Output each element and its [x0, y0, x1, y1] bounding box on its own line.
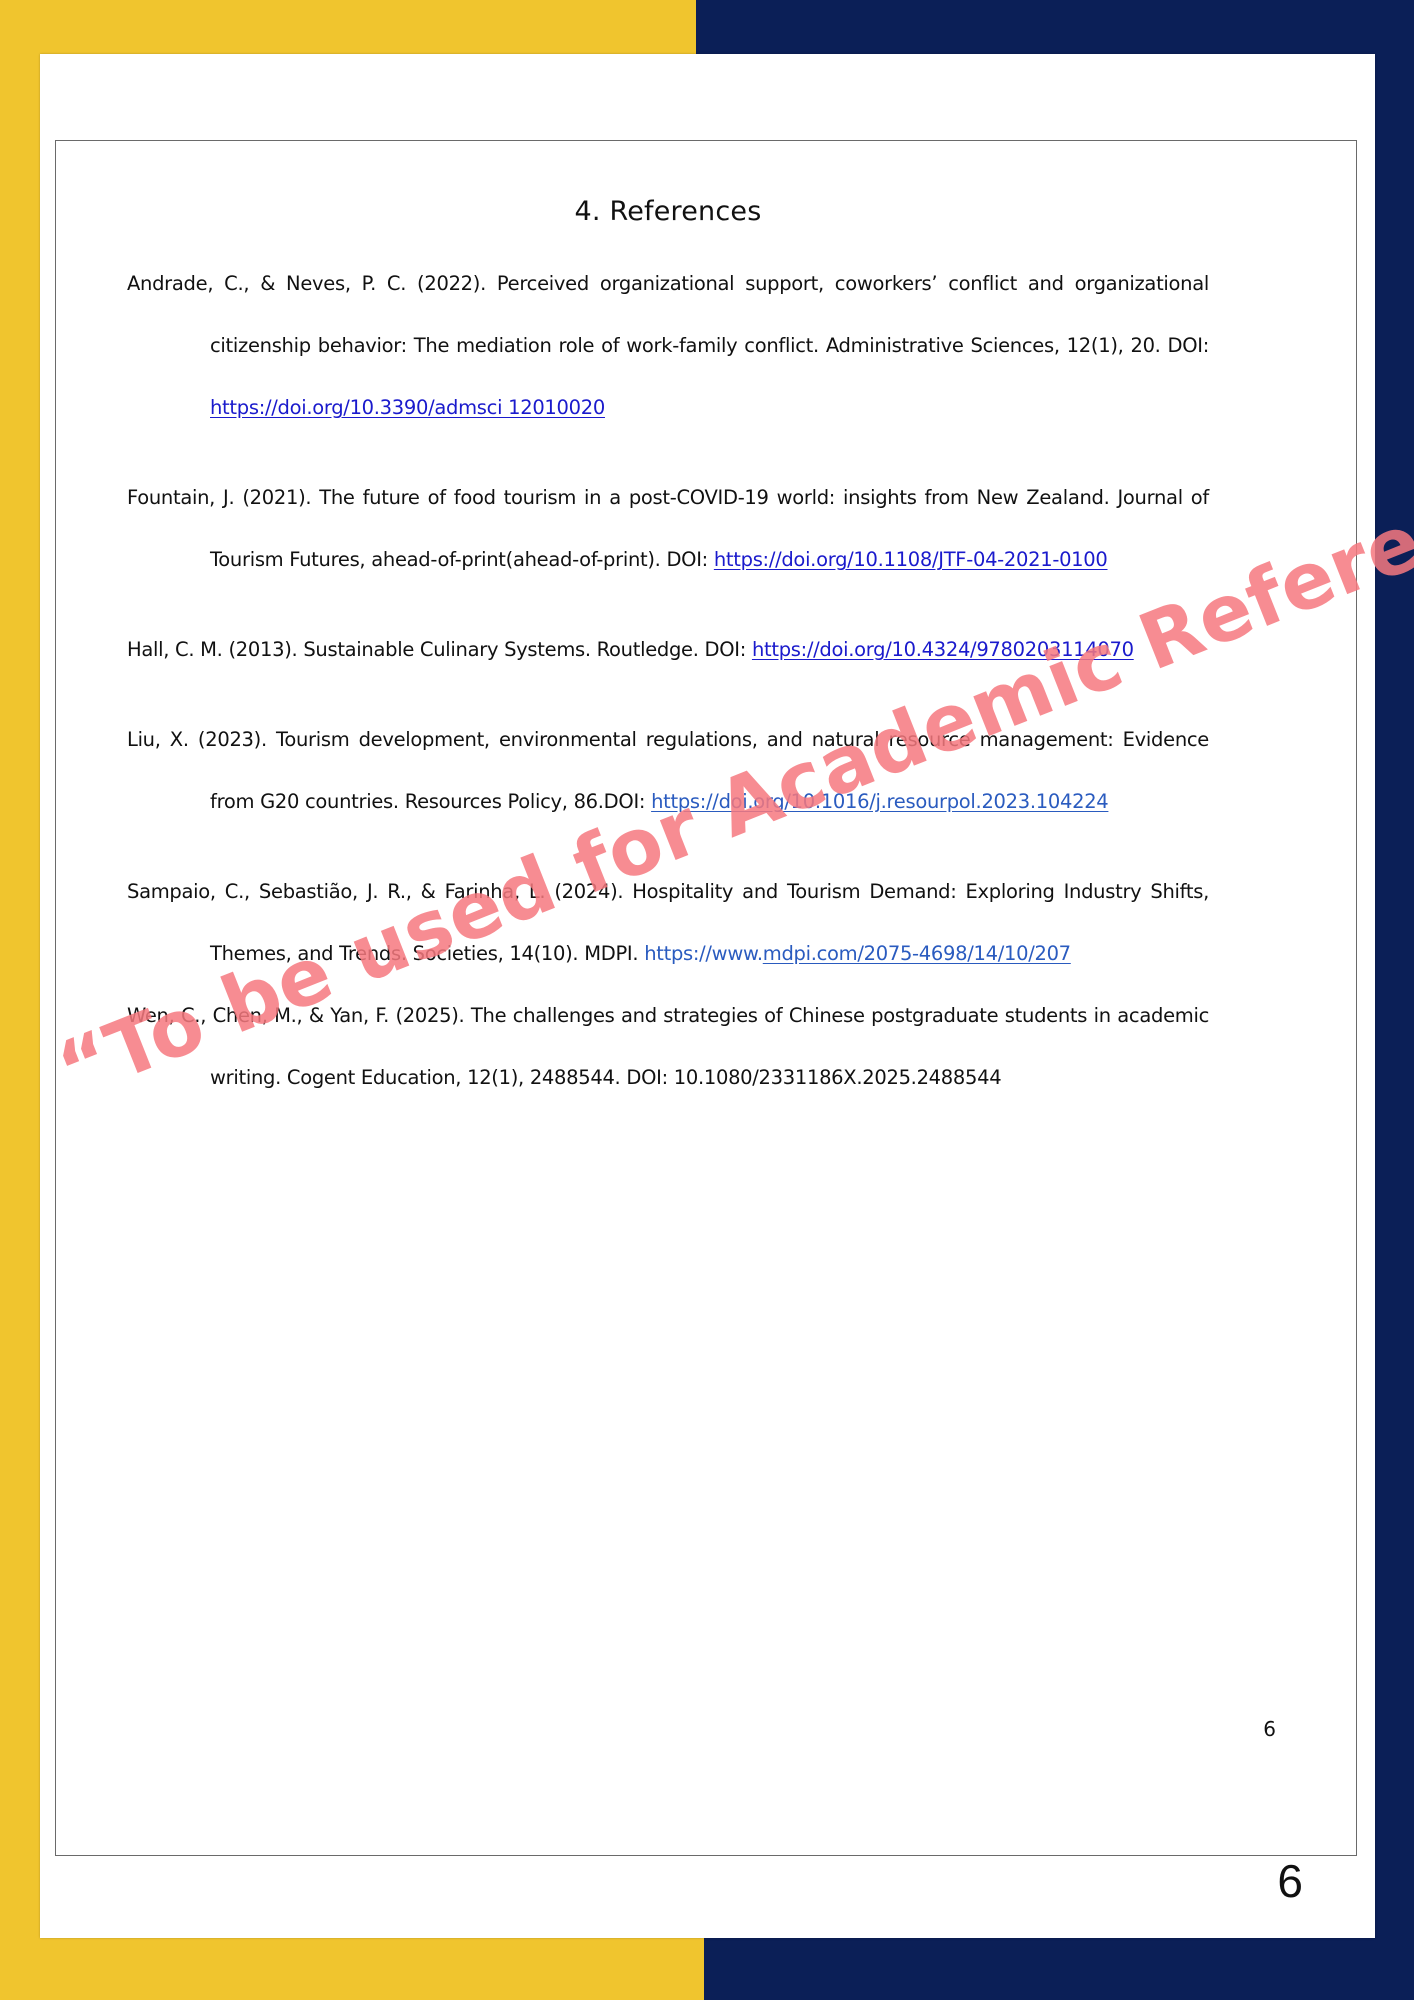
doi-link[interactable]: https://doi.org/10.4324/9780203114070	[752, 638, 1134, 661]
reference-text: Andrade, C., & Neves, P. C. (2022). Perc…	[127, 272, 1209, 357]
references-section: 4. References Andrade, C., & Neves, P. C…	[127, 196, 1209, 1137]
reference-entry: Sampaio, C., Sebastião, J. R., & Farinha…	[127, 861, 1209, 985]
doi-link[interactable]: https://doi.org/10.1016/j.resourpol.2023…	[651, 790, 1108, 813]
reference-entry: Wen, C., Chen, M., & Yan, F. (2025). The…	[127, 985, 1209, 1109]
reference-entry: Liu, X. (2023). Tourism development, env…	[127, 709, 1209, 833]
url-prefix[interactable]: https://www.	[644, 942, 763, 965]
reference-entry: Andrade, C., & Neves, P. C. (2022). Perc…	[127, 253, 1209, 439]
reference-entry: Fountain, J. (2021). The future of food …	[127, 467, 1209, 591]
outer-page-number: 6	[1277, 1854, 1303, 1908]
reference-text: Wen, C., Chen, M., & Yan, F. (2025). The…	[127, 1004, 1209, 1089]
reference-text: Hall, C. M. (2013). Sustainable Culinary…	[127, 638, 752, 661]
section-heading: 4. References	[127, 196, 1209, 227]
doi-link[interactable]: https://doi.org/10.3390/admsci 12010020	[210, 396, 605, 419]
url-link[interactable]: mdpi.com/2075-4698/14/10/207	[763, 942, 1071, 965]
inner-page-number: 6	[1263, 1717, 1276, 1741]
reference-entry: Hall, C. M. (2013). Sustainable Culinary…	[127, 619, 1209, 681]
doi-link[interactable]: https://doi.org/10.1108/JTF-04-2021-0100	[714, 548, 1108, 571]
